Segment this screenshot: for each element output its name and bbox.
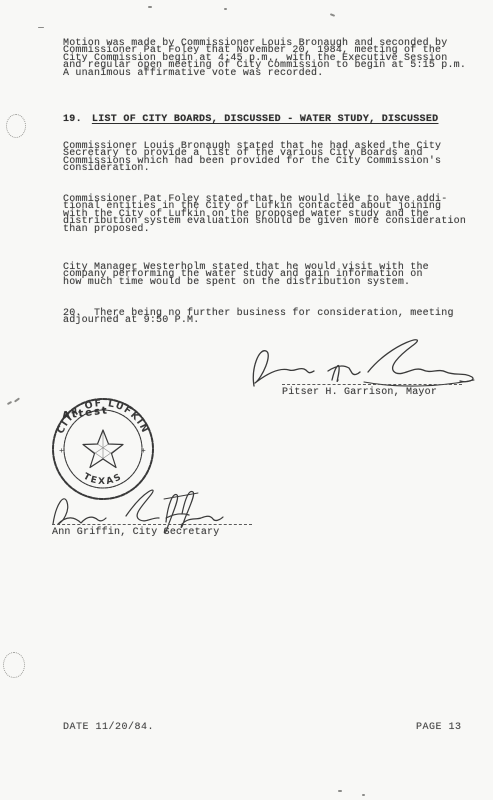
- scanned-minutes-page: Motion was made by Commissioner Louis Br…: [0, 0, 493, 800]
- scan-artifact: [148, 6, 152, 8]
- scan-artifact: [7, 401, 12, 405]
- agenda-item-number: 19.: [63, 114, 82, 125]
- agenda-item-title: LIST OF CITY BOARDS, DISCUSSED - WATER S…: [92, 114, 439, 125]
- scan-artifact: [38, 27, 44, 28]
- paragraph-foley: Commissioner Pat Foley stated that he wo…: [63, 196, 483, 233]
- paragraph-adjourn: 20. There being no further business for …: [63, 310, 483, 325]
- scan-artifact: [14, 397, 20, 402]
- paragraph-westerholm: City Manager Westerholm stated that he w…: [63, 264, 483, 286]
- secretary-typed-name: Ann Griffin, City Secretary: [52, 524, 252, 538]
- scan-artifact: [330, 13, 335, 17]
- scan-artifact: [224, 8, 227, 10]
- scan-artifact-ring: [3, 652, 25, 678]
- mayor-typed-name: Pitser H. Garrison, Mayor: [282, 384, 462, 398]
- paragraph-motion: Motion was made by Commissioner Louis Br…: [63, 40, 483, 77]
- scan-artifact-ring: [6, 114, 26, 138]
- scan-artifact: [338, 790, 342, 792]
- seal-left-star-icon: +: [59, 447, 64, 456]
- date-stamp: DATE 11/20/84.: [63, 722, 154, 733]
- seal-star-icon: [83, 430, 123, 468]
- agenda-item-19-heading: 19.LIST OF CITY BOARDS, DISCUSSED - WATE…: [63, 114, 438, 125]
- seal-right-star-icon: +: [141, 447, 146, 456]
- paragraph-bronaugh: Commissioner Louis Bronaugh stated that …: [63, 143, 483, 173]
- scan-artifact: [362, 794, 365, 796]
- page-number: PAGE 13: [416, 722, 462, 733]
